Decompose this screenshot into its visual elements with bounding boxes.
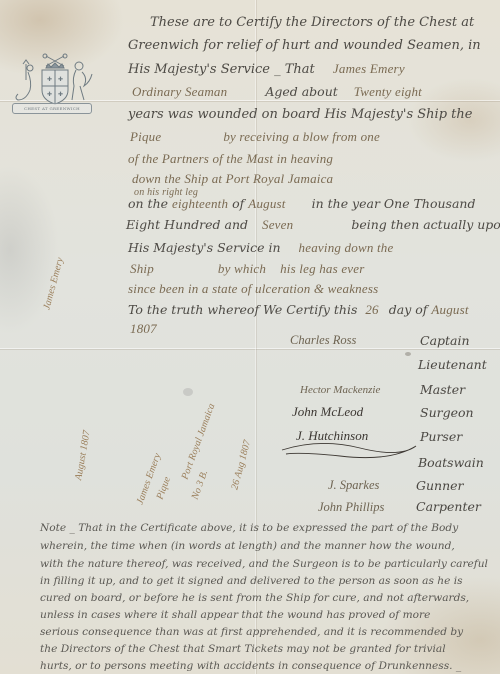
certify-month: August <box>431 302 468 317</box>
body-line-10: on the eighteenth of August in the year … <box>128 197 475 211</box>
body-line-7: of the Partners of the Mast in heaving <box>128 152 333 166</box>
role-boatswain: Boatswain <box>418 456 484 470</box>
printed-text: being then actually upon <box>351 217 500 232</box>
wound-cause: by receiving a blow from one <box>223 129 380 144</box>
role-carpenter: Carpenter <box>416 500 481 514</box>
printed-text: These are to Certify the Directors of th… <box>150 15 474 30</box>
consequence: since been in a state of ulceration & we… <box>128 281 378 296</box>
service-activity: heaving down the <box>299 240 394 255</box>
ship-name: Pique <box>130 129 161 144</box>
certify-year: 1807 <box>130 321 157 336</box>
printed-text: in the year One Thousand <box>312 196 476 211</box>
printed-text: Aged about <box>265 84 337 99</box>
role-surgeon: Surgeon <box>420 406 474 420</box>
body-line-16: 1807 <box>130 322 157 336</box>
signature-surgeon: John McLeod <box>292 405 363 419</box>
body-line-13: Ship by which his leg has ever <box>130 262 365 276</box>
signature-flourish <box>280 440 420 462</box>
body-line-11: Eight Hundred and Seven being then actua… <box>126 218 500 232</box>
service-activity: Ship <box>130 261 154 276</box>
role-purser: Purser <box>420 430 462 444</box>
printed-text: To the truth whereof We Certify this <box>128 302 357 317</box>
seaman-age: Twenty eight <box>354 84 422 99</box>
body-line-5: years was wounded on board His Majesty's… <box>128 108 472 122</box>
note-line-2: wherein, the time when (in words at leng… <box>40 540 455 552</box>
printed-text: His Majesty's Service _ That <box>128 62 315 77</box>
body-line-14: since been in a state of ulceration & we… <box>128 282 378 296</box>
ink-blot <box>183 388 193 396</box>
body-line-8: down the Ship at Port Royal Jamaica <box>132 172 333 186</box>
svg-text:✚: ✚ <box>58 91 63 98</box>
wound-cause: of the Partners of the Mast in heaving <box>128 151 333 166</box>
body-line-12: His Majesty's Service in heaving down th… <box>128 241 393 255</box>
printed-text: His Majesty's Service in <box>128 240 281 255</box>
fold-crease <box>255 0 256 674</box>
role-master: Master <box>420 383 465 397</box>
body-line-3: His Majesty's Service _ That James Emery <box>128 62 405 77</box>
body-line-2: Greenwich for relief of hurt and wounded… <box>128 39 481 53</box>
wound-day: eighteenth <box>172 196 228 211</box>
note-line-3: with the nature thereof, was received, a… <box>40 558 488 570</box>
body-line-1: These are to Certify the Directors of th… <box>150 16 474 30</box>
seaman-rank: Ordinary Seaman <box>132 84 227 99</box>
note-line-6: unless in cases where it shall appear th… <box>40 609 430 621</box>
signature-carpenter: John Phillips <box>318 500 384 514</box>
role-captain: Captain <box>420 334 470 348</box>
wound-year: Seven <box>262 217 293 232</box>
printed-text: day of <box>389 302 428 317</box>
body-line-15: To the truth whereof We Certify this 26 … <box>128 303 469 317</box>
note-line-5: cured on board, or before he is sent fro… <box>40 592 469 604</box>
signature-master: Hector Mackenzie <box>300 383 380 397</box>
role-lieutenant: Lieutenant <box>418 358 487 372</box>
printed-text: on the <box>128 196 168 211</box>
svg-text:✚: ✚ <box>58 76 63 83</box>
wound-location: down the Ship at Port Royal Jamaica <box>132 171 333 186</box>
body-line-4: Ordinary Seaman Aged about Twenty eight <box>132 85 422 99</box>
printed-text: of <box>232 196 244 211</box>
svg-text:✚: ✚ <box>47 76 52 83</box>
note-line-9: hurts, or to persons meeting with accide… <box>40 660 461 672</box>
signature-captain: Charles Ross <box>290 333 356 347</box>
svg-text:✚: ✚ <box>47 91 52 98</box>
printed-text: Greenwich for relief of hurt and wounded… <box>128 38 481 53</box>
role-gunner: Gunner <box>416 479 464 493</box>
consequence: his leg has ever <box>280 261 364 276</box>
printed-text: years was wounded on board His Majesty's… <box>128 107 472 122</box>
printed-text: Eight Hundred and <box>126 217 248 232</box>
certify-day: 26 <box>365 302 378 317</box>
note-line-7: serious consequence than was at first ap… <box>40 626 463 638</box>
consequence: by which <box>218 261 266 276</box>
signature-gunner: J. Sparkes <box>328 478 379 492</box>
note-line-1: Note _ That in the Certificate above, it… <box>40 522 458 534</box>
note-line-4: in filling it up, and to get it signed a… <box>40 575 463 587</box>
body-line-6: Pique by receiving a blow from one <box>130 130 380 144</box>
seaman-name: James Emery <box>333 61 405 76</box>
note-line-8: the Directors of the Chest that Smart Ti… <box>40 643 446 655</box>
ink-blot <box>405 352 411 356</box>
fold-crease <box>0 348 500 349</box>
wound-month: August <box>248 196 285 211</box>
crest-motto: CHEST AT GREENWICH <box>12 103 92 114</box>
